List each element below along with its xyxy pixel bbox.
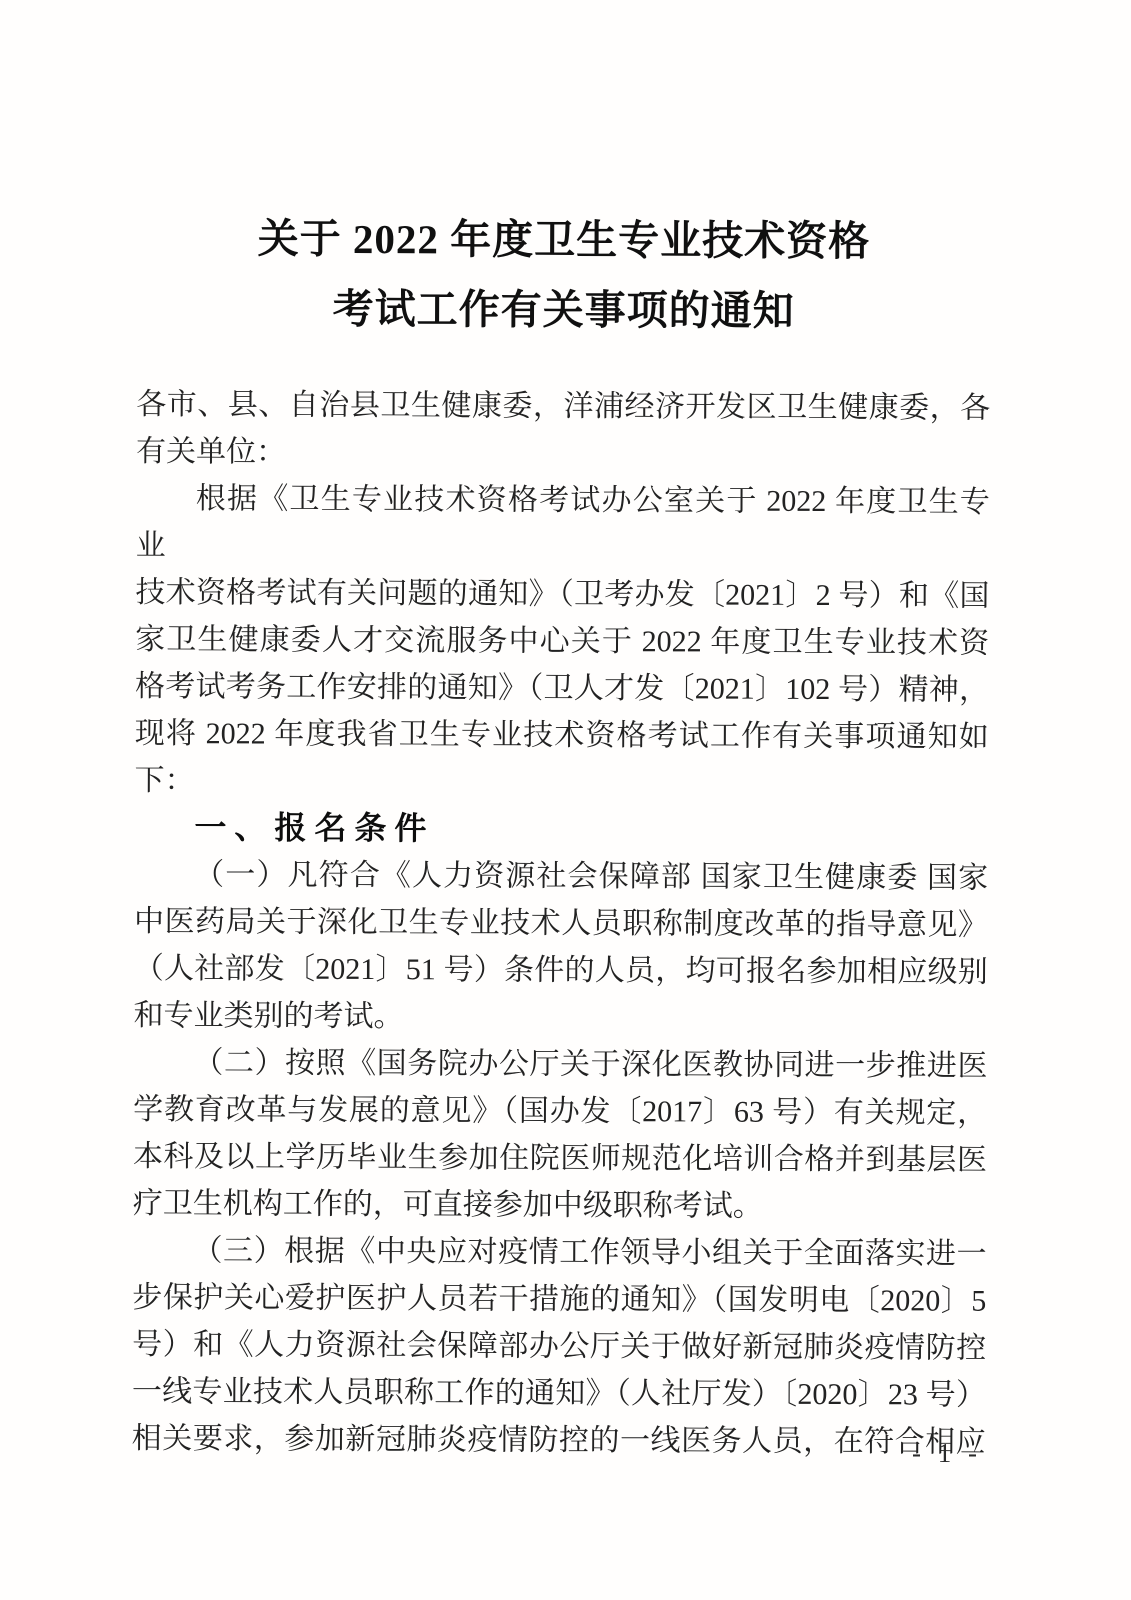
- section-heading: 一、报名条件: [134, 804, 988, 855]
- body-line: 技术资格考试有关问题的通知》（卫考办发〔2021〕2 号）和《国: [135, 569, 989, 620]
- body-line: （一）凡符合《人力资源社会保障部 国家卫生健康委 国家: [134, 851, 988, 902]
- document-page: 关于 2022 年度卫生专业技术资格 考试工作有关事项的通知 各市、县、自治县卫…: [0, 0, 1131, 1600]
- body-line: 号）和《人力资源社会保障部办公厅关于做好新冠肺炎疫情防控: [132, 1321, 986, 1372]
- body-line: 步保护关心爱护医护人员若干措施的通知》（国发明电〔2020〕5: [132, 1274, 986, 1325]
- document-content: 关于 2022 年度卫生专业技术资格 考试工作有关事项的通知 各市、县、自治县卫…: [132, 0, 992, 1466]
- body-line: 学教育改革与发展的意见》（国办发〔2017〕63 号）有关规定，: [133, 1086, 987, 1137]
- body-line: 格考试考务工作安排的通知》（卫人才发〔2021〕102 号）精神，: [135, 663, 989, 714]
- body-line: （人社部发〔2021〕51 号）条件的人员，均可报名参加相应级别: [134, 945, 988, 996]
- body-line: 中医药局关于深化卫生专业技术人员职称制度改革的指导意见》: [134, 898, 988, 949]
- body-line: 一线专业技术人员职称工作的通知》（人社厅发）〔2020〕23 号）: [132, 1368, 986, 1419]
- body-line: （二）按照《国务院办公厅关于深化医教协同进一步推进医: [133, 1039, 987, 1090]
- page-number: - 1 -: [912, 1438, 1022, 1469]
- title-line-1: 关于 2022 年度卫生专业技术资格: [137, 203, 991, 277]
- body-line: 本科及以上学历毕业生参加住院医师规范化培训合格并到基层医: [133, 1133, 987, 1184]
- body-line: 相关要求，参加新冠肺炎疫情防控的一线医务人员，在符合相应: [132, 1415, 986, 1466]
- body-line: 各市、县、自治县卫生健康委，洋浦经济开发区卫生健康委，各: [136, 381, 990, 432]
- body-line: 和专业类别的考试。: [133, 992, 987, 1043]
- body-line: 家卫生健康委人才交流服务中心关于 2022 年度卫生专业技术资: [135, 616, 989, 667]
- body-line: （三）根据《中央应对疫情工作领导小组关于全面落实进一: [132, 1227, 986, 1278]
- body-line: 下：: [134, 757, 988, 808]
- body-line: 根据《卫生专业技术资格考试办公室关于 2022 年度卫生专业: [136, 475, 990, 573]
- document-title: 关于 2022 年度卫生专业技术资格 考试工作有关事项的通知: [137, 203, 992, 347]
- title-line-2: 考试工作有关事项的通知: [137, 273, 991, 347]
- document-body: 各市、县、自治县卫生健康委，洋浦经济开发区卫生健康委，各有关单位：根据《卫生专业…: [132, 381, 991, 1466]
- body-line: 现将 2022 年度我省卫生专业技术资格考试工作有关事项通知如: [135, 710, 989, 761]
- body-line: 有关单位：: [136, 428, 990, 479]
- body-line: 疗卫生机构工作的，可直接参加中级职称考试。: [133, 1180, 987, 1231]
